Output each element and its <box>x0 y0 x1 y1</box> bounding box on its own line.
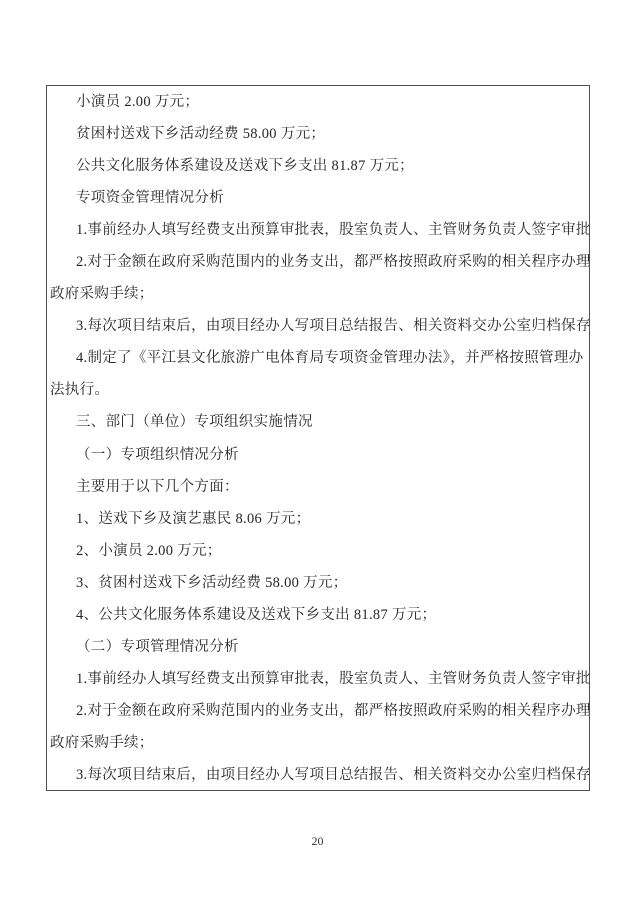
text-line: 政府采购手续； <box>50 727 585 759</box>
text-lines-container: 小演员 2.00 万元；贫困村送戏下乡活动经费 58.00 万元；公共文化服务体… <box>50 86 585 791</box>
text-line: 3.每次项目结束后，由项目经办人写项目总结报告、相关资料交办公室归档保存； <box>50 759 585 791</box>
text-line: 2.对于金额在政府采购范围内的业务支出，都严格按照政府采购的相关程序办理 <box>50 246 585 278</box>
text-line: 小演员 2.00 万元； <box>50 86 585 118</box>
text-line: 3、贫困村送戏下乡活动经费 58.00 万元； <box>50 567 585 599</box>
text-line: 公共文化服务体系建设及送戏下乡支出 81.87 万元； <box>50 150 585 182</box>
text-line: 4.制定了《平江县文化旅游广电体育局专项资金管理办法》，并严格按照管理办 <box>50 342 585 374</box>
text-line: 主要用于以下几个方面： <box>50 471 585 503</box>
text-line: 1.事前经办人填写经费支出预算审批表，股室负责人、主管财务负责人签字审批； <box>50 663 585 695</box>
text-line: 专项资金管理情况分析 <box>50 182 585 214</box>
text-line: 法执行。 <box>50 374 585 406</box>
page-number: 20 <box>0 834 635 849</box>
report-table-cell: 小演员 2.00 万元；贫困村送戏下乡活动经费 58.00 万元；公共文化服务体… <box>46 85 590 791</box>
text-line: 4、公共文化服务体系建设及送戏下乡支出 81.87 万元； <box>50 599 585 631</box>
text-line: 2.对于金额在政府采购范围内的业务支出，都严格按照政府采购的相关程序办理 <box>50 695 585 727</box>
text-line: 三、部门（单位）专项组织实施情况 <box>50 406 585 438</box>
text-line: （一）专项组织情况分析 <box>50 439 585 471</box>
text-line: 1.事前经办人填写经费支出预算审批表，股室负责人、主管财务负责人签字审批； <box>50 214 585 246</box>
text-line: 2、小演员 2.00 万元； <box>50 535 585 567</box>
text-line: （二）专项管理情况分析 <box>50 631 585 663</box>
text-line: 政府采购手续； <box>50 278 585 310</box>
text-line: 1、送戏下乡及演艺惠民 8.06 万元； <box>50 503 585 535</box>
text-line: 贫困村送戏下乡活动经费 58.00 万元； <box>50 118 585 150</box>
document-page: 小演员 2.00 万元；贫困村送戏下乡活动经费 58.00 万元；公共文化服务体… <box>0 0 635 898</box>
text-line: 3.每次项目结束后，由项目经办人写项目总结报告、相关资料交办公室归档保存； <box>50 310 585 342</box>
